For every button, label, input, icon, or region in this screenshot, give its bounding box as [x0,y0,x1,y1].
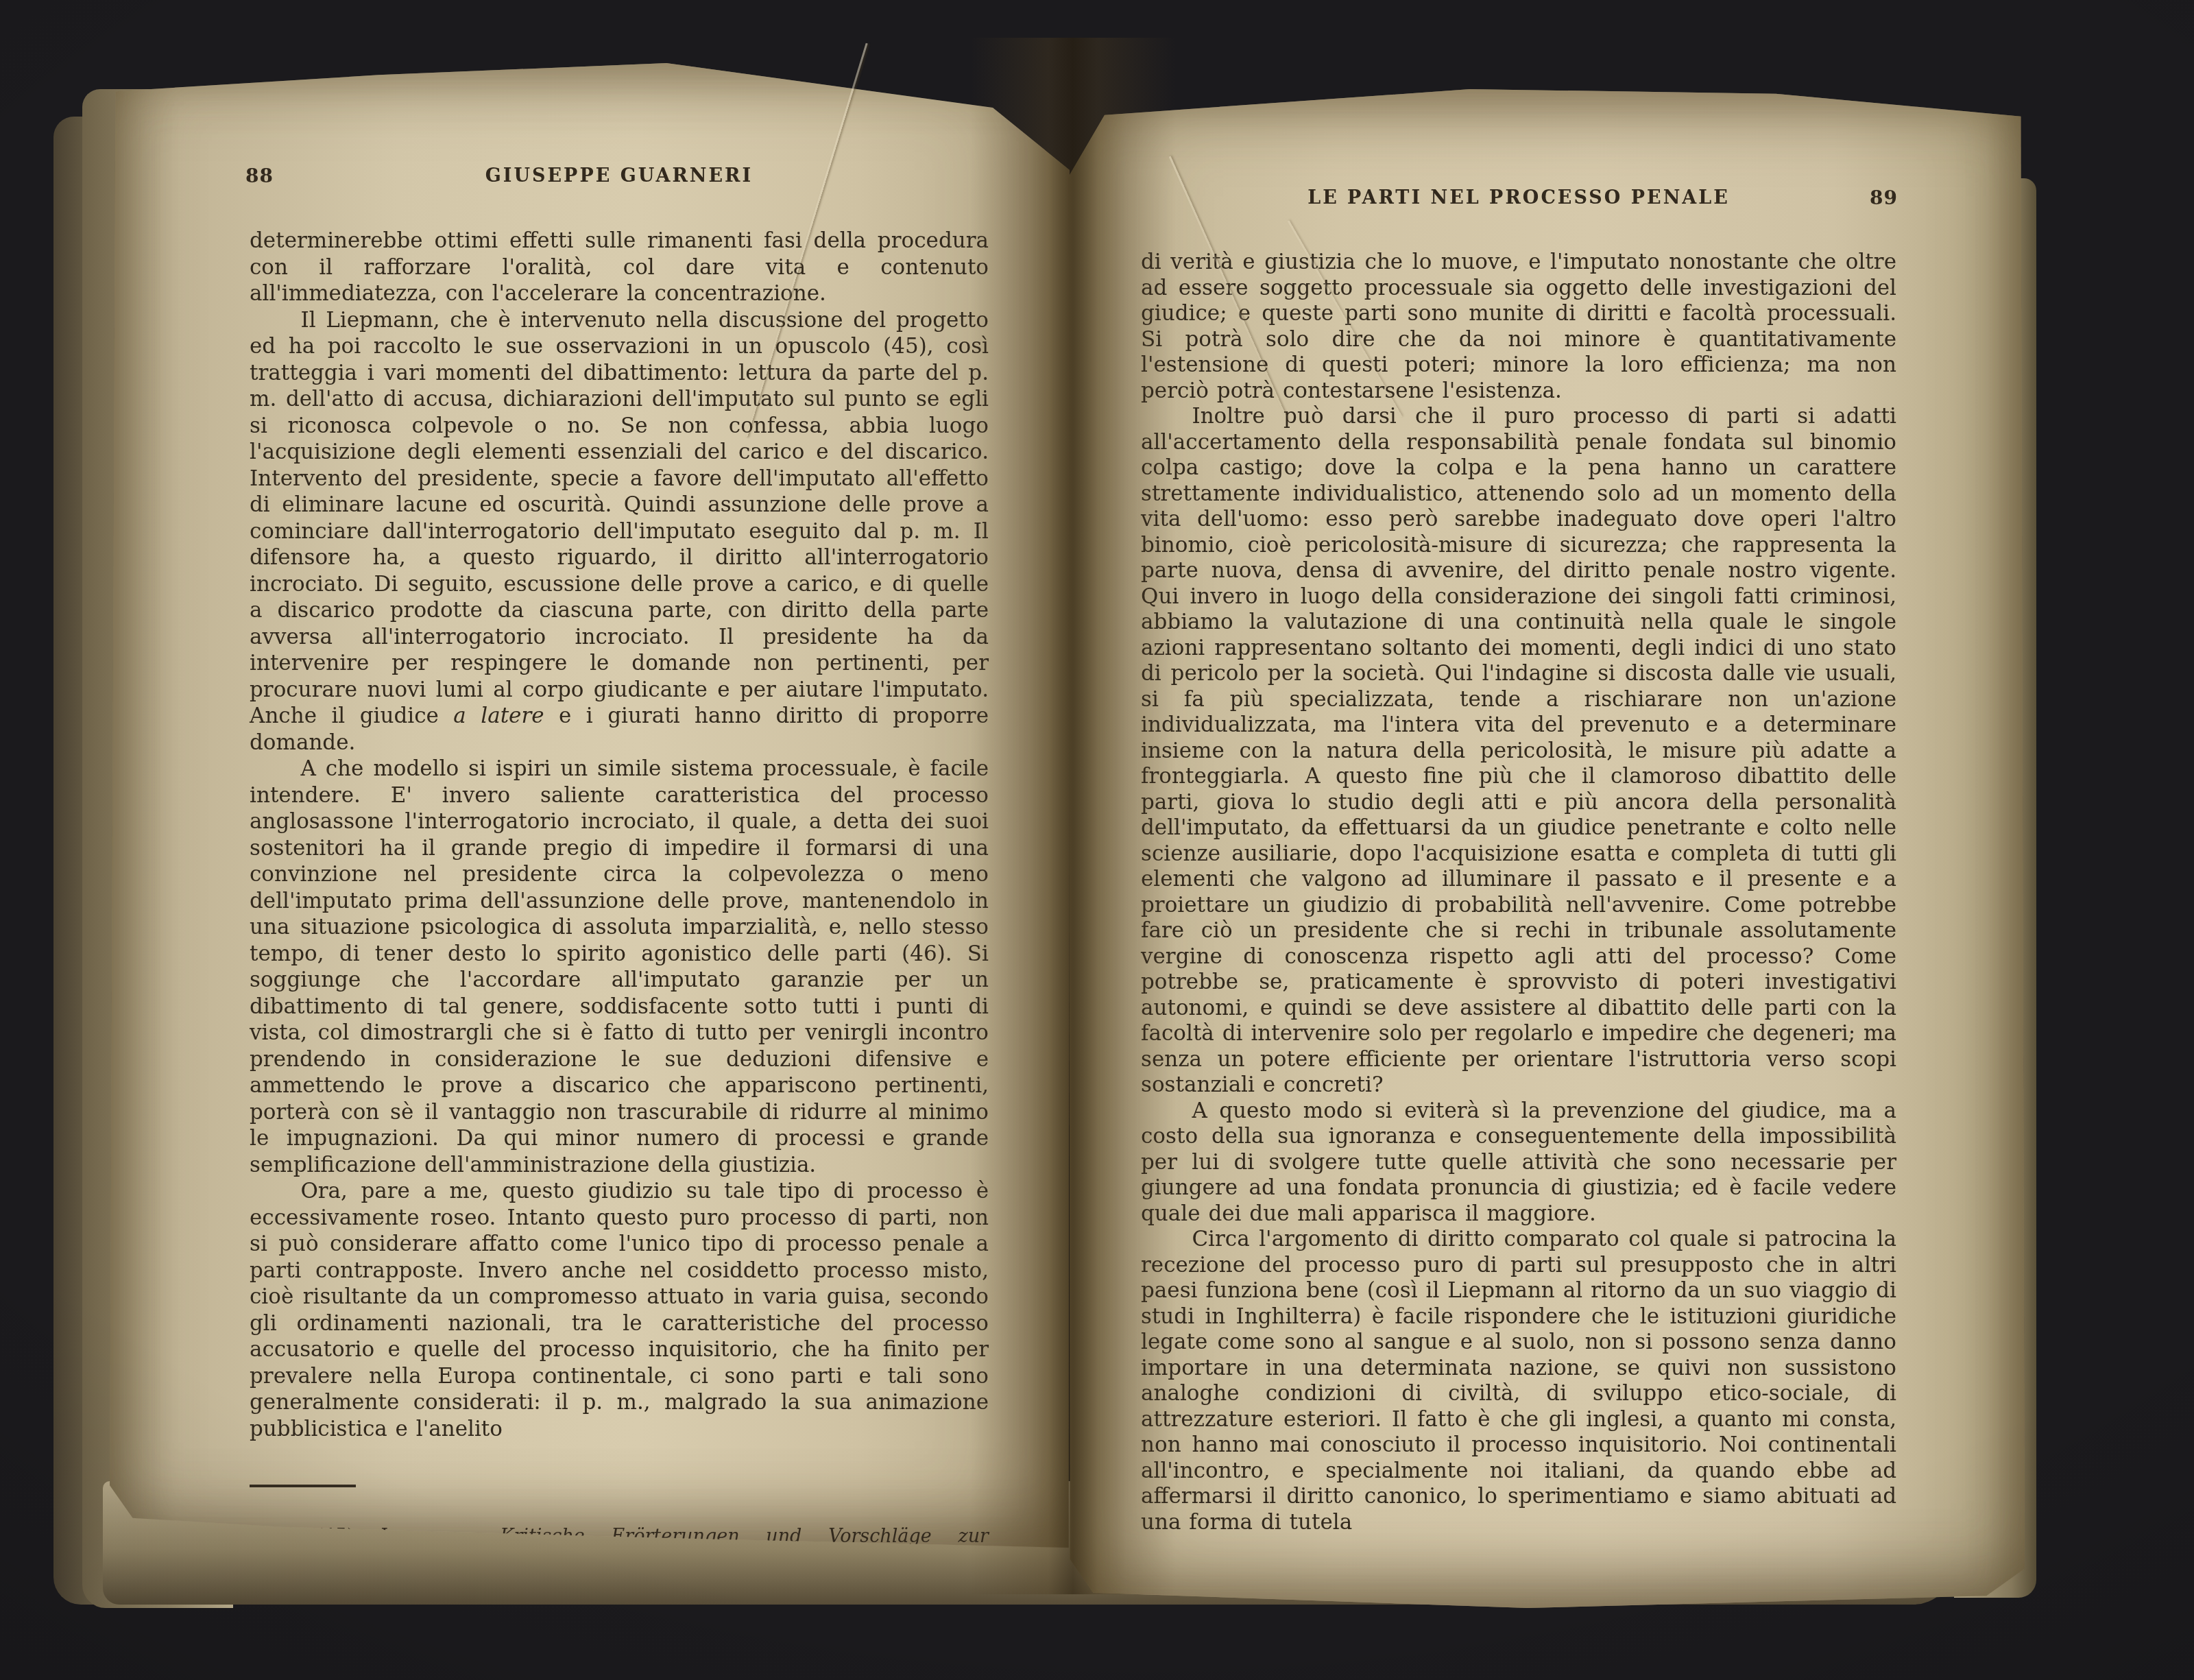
text-run: Il Liepmann, che è intervenuto nella dis… [250,308,989,729]
page-body-left: determinerebbe ottimi effetti sulle rima… [250,228,989,1442]
page-number-right: 89 [1870,187,1898,210]
italic-text: a latere [453,704,544,728]
text-run: di verità e giustizia che lo muove, e l'… [1141,250,1896,403]
paragraph: A che modello si ispiri un simile sistem… [250,756,989,1178]
page-right-content: LE PARTI NEL PROCESSO PENALE 89 di verit… [1141,187,1896,1535]
paragraph: Inoltre può darsi che il puro processo d… [1141,404,1896,1099]
page-right: LE PARTI NEL PROCESSO PENALE 89 di verit… [1068,89,2025,1608]
footnote-rule [250,1485,356,1487]
page-body-right: di verità e giustizia che lo muove, e l'… [1141,250,1896,1535]
running-header-right-title: LE PARTI NEL PROCESSO PENALE [1307,187,1730,208]
page-left: 88 GIUSEPPE GUARNERI determinerebbe otti… [110,63,1070,1548]
running-header-left: 88 GIUSEPPE GUARNERI [250,165,989,188]
paragraph: di verità e giustizia che lo muove, e l'… [1141,250,1896,404]
paragraph: Il Liepmann, che è intervenuto nella dis… [250,307,989,756]
paragraph: A questo modo si eviterà sì la prevenzio… [1141,1099,1896,1227]
text-run: Circa l'argomento di diritto comparato c… [1141,1227,1896,1535]
page-left-content: 88 GIUSEPPE GUARNERI determinerebbe otti… [250,165,989,1648]
text-run: Ora, pare a me, questo giudizio su tale … [250,1179,989,1441]
text-run: A questo modo si eviterà sì la prevenzio… [1141,1099,1896,1226]
page-number-left: 88 [245,165,274,188]
photo-background: { "colors":{"background":"#1b1a1d","page… [0,0,2194,1680]
text-run: determinerebbe ottimi effetti sulle rima… [250,228,989,306]
running-header-left-title: GIUSEPPE GUARNERI [485,165,753,187]
running-header-right: LE PARTI NEL PROCESSO PENALE 89 [1141,187,1896,210]
paragraph: Circa l'argomento di diritto comparato c… [1141,1227,1896,1535]
text-run: A che modello si ispiri un simile sistem… [250,756,989,1177]
text-run: Inoltre può darsi che il puro processo d… [1141,404,1896,1097]
paragraph: determinerebbe ottimi effetti sulle rima… [250,228,989,307]
paragraph: Ora, pare a me, questo giudizio su tale … [250,1178,989,1442]
